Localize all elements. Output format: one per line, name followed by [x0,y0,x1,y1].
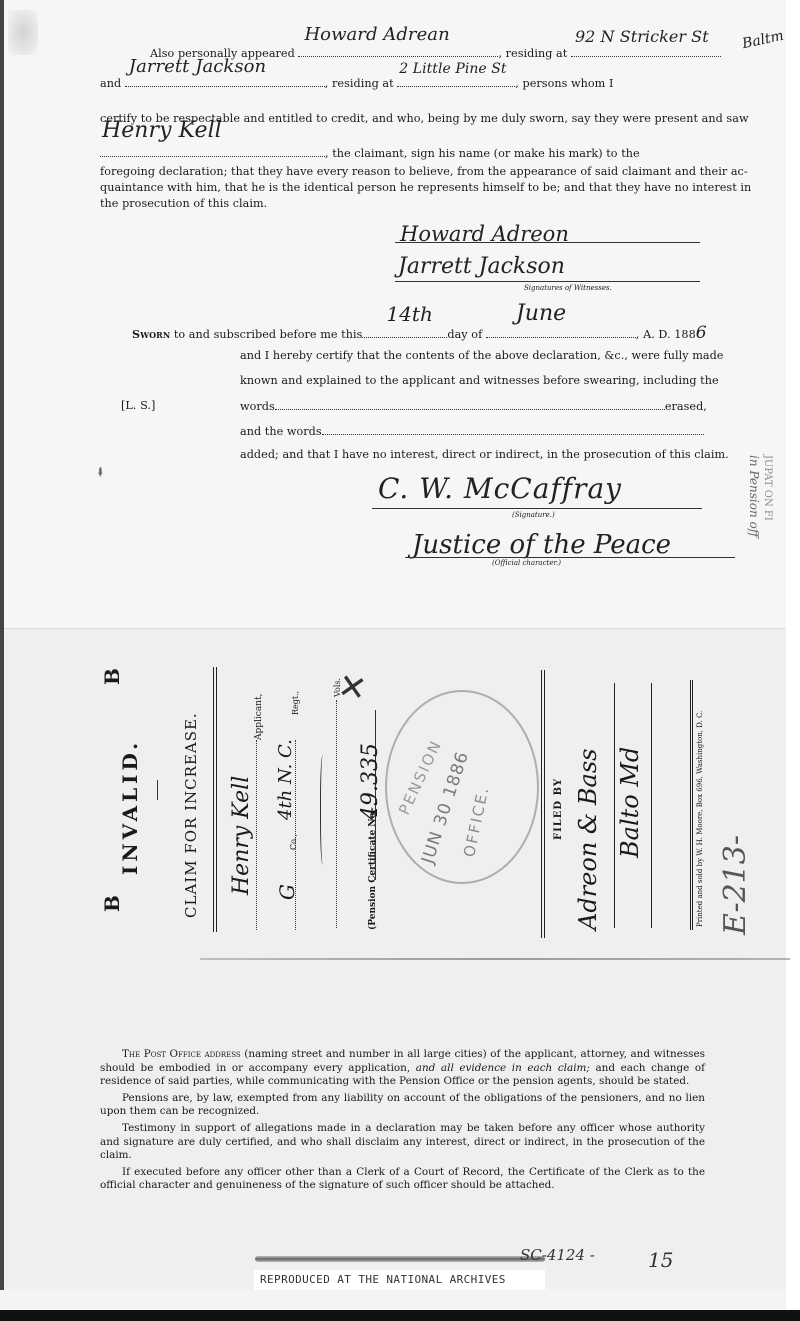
label-text: , the claimant, sign his name (or make h… [325,147,640,160]
file-number: SC-4124 - [520,1246,595,1264]
vols-pen-stroke [320,755,327,865]
file-mark: E-213- [718,835,753,935]
margin-stamp-line-2: in Pension off [747,455,761,537]
scan-margin [786,0,800,1321]
official-signature: C. W. McCaffray [378,472,622,505]
double-rule [213,667,214,932]
double-rule [692,680,693,930]
witness1-name-field: Howard Adrean [298,42,498,57]
docket-letter-top: B [100,668,124,685]
witness1-name: Howard Adrean [304,28,449,42]
witness2-name: Jarrett Jackson [129,60,266,74]
jurat-line-4: wordserased, [240,400,705,414]
vols-field-line [336,700,337,928]
margin-stamp-line-1: JUPAT ON FI [762,455,773,521]
filed-by-line [614,683,615,928]
double-rule [544,670,545,938]
archive-banner: REPRODUCED AT THE NATIONAL ARCHIVES [254,1270,545,1290]
filed-by-city: Balto Md [616,747,644,858]
seal-label: [L. S.] [121,399,155,413]
instructions-block: The Post Office address (naming street a… [100,1048,705,1193]
instruction-paragraph-4: If executed before any officer other tha… [100,1166,705,1193]
witness-line-5: foregoing declaration; that they have ev… [100,165,705,179]
jurat-line-1: Sworn to and subscribed before me this 1… [132,323,707,342]
scan-smudge [8,10,38,55]
label-text: day of [447,328,482,341]
label-text: , A. D. 188 [636,328,696,341]
docket-letter-bottom: B [100,895,124,912]
claimant-name: Henry Kell [102,124,222,138]
jurat-line-3: known and explained to the applicant and… [240,374,705,388]
divider [157,780,158,800]
year-digit: 6 [696,323,707,343]
scan-bottom-edge [0,1310,800,1321]
signature-line [395,281,700,282]
witness-line-7: the prosecution of this claim. [100,197,267,211]
applicant-label: Applicant, [254,694,264,740]
claimant-name-field: Henry Kell [100,142,325,157]
double-rule [541,670,542,938]
label-text: to and subscribed before me this [174,328,363,341]
instruction-paragraph-1: The Post Office address (naming street a… [100,1048,705,1089]
witness1-address: 92 N Stricker St [575,30,709,44]
signature-line [372,508,702,509]
witness2-address-field: 2 Little Pine St [397,72,515,87]
fold-crease [200,958,790,960]
certificate-label: (Pension Certificate No. [368,809,378,930]
witness1-address-field: 92 N Stricker St [571,42,721,57]
docket-subtitle: CLAIM FOR INCREASE. [182,712,200,918]
regiment-value: 4th N. C. [275,739,296,820]
witness-line-4: Henry Kell , the claimant, sign his name… [100,142,640,161]
day-field: 14th [362,323,447,338]
month-value: June [516,307,566,321]
double-rule [690,680,691,930]
witness2-signature: Jarrett Jackson [398,254,565,279]
witness-line-2: and Jarrett Jackson , residing at 2 Litt… [100,72,613,91]
signature-line [395,242,700,243]
witness-line-6: quaintance with him, that he is the iden… [100,181,705,195]
erased-words-field [275,409,665,410]
emphasis-text: The Post Office address [122,1048,241,1060]
label-text: , residing at [325,77,394,90]
witness2-name-field: Jarrett Jackson [125,72,325,87]
signature-line [405,557,735,558]
label-text: and the words [240,425,322,438]
jurat-line-6: added; and that I have no interest, dire… [240,448,729,462]
official-caption: (Official character.) [492,559,561,567]
label-text: , persons whom I [515,77,613,90]
company-label: Co., [289,834,298,850]
instruction-paragraph-2: Pensions are, by law, exempted from any … [100,1092,705,1119]
label-text: words [240,400,275,413]
instruction-paragraph-3: Testimony in support of allegations made… [100,1122,705,1163]
official-character: Justice of the Peace [412,530,671,560]
certificate-number: 49.335 [358,743,383,820]
page-number: 15 [648,1248,673,1272]
regiment-label: Regt., [291,691,300,715]
label-text: erased, [665,400,707,413]
italic-text: and all evidence in each claim; [416,1062,590,1074]
label-text: and [100,77,121,90]
double-rule [216,667,217,932]
jurat-line-2: and I hereby certify that the contents o… [240,349,705,363]
filed-by-name: Adreon & Bass [574,749,602,930]
sworn-label: Sworn [132,327,170,341]
day-value: 14th [386,307,433,321]
filed-by-line [651,683,652,928]
filed-by-label: FILED BY [553,778,564,840]
signature-caption: (Signature.) [512,511,555,519]
fold-shadow [255,1256,545,1262]
label-text: , residing at [498,47,567,60]
month-field: June [486,323,636,338]
jurat-line-5: and the words [240,425,705,439]
witness2-address: 2 Little Pine St [399,62,506,76]
added-words-field [322,434,704,435]
printer-line: Printed and sold by W. H. Moore, Box 696… [696,711,704,927]
company-value: G [275,884,299,900]
applicant-name: Henry Kell [229,776,254,895]
applicant-field-line [256,740,257,930]
docket-title: INVALID. [118,739,142,875]
witnesses-caption: Signatures of Witnesses. [524,284,612,292]
